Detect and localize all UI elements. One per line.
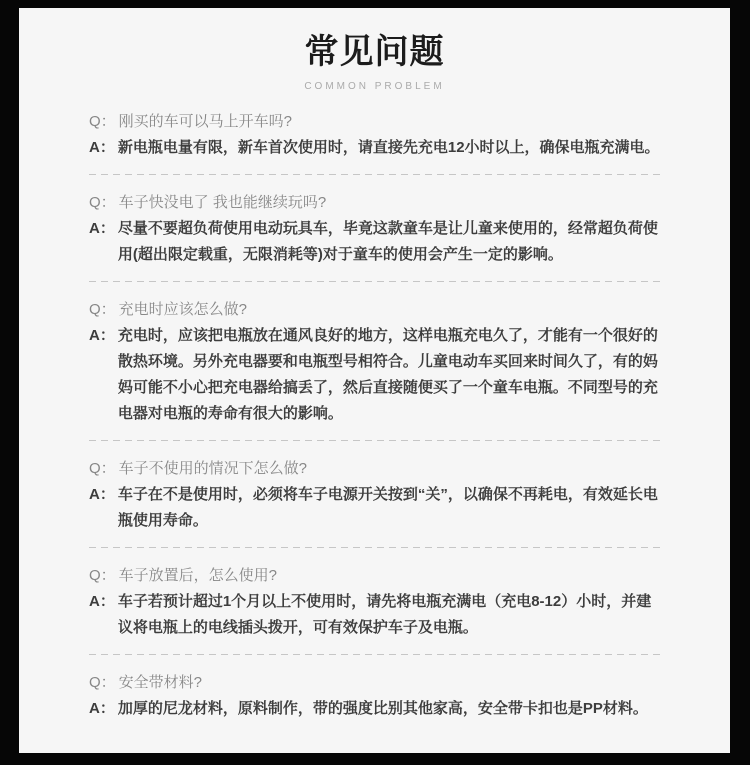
question-text: 刚买的车可以马上开车吗?: [119, 109, 660, 135]
faq-item: Q： 安全带材料? A： 加厚的尼龙材料，原料制作，带的强度比别其他家高，安全带…: [89, 655, 660, 735]
faq-item: Q： 刚买的车可以马上开车吗? A： 新电瓶电量有限，新车首次使用时，请直接先充…: [89, 94, 660, 174]
answer-row: A： 车子在不是使用时，必须将车子电源开关按到“关”，以确保不再耗电，有效延长电…: [89, 482, 660, 534]
faq-page: 常见问题 COMMON PROBLEM Q： 刚买的车可以马上开车吗? A： 新…: [19, 8, 730, 753]
question-prefix: Q：: [89, 456, 116, 482]
faq-item: Q： 车子快没电了 我也能继续玩吗? A： 尽量不要超负荷使用电动玩具车，毕竟这…: [89, 175, 660, 281]
page-title: 常见问题: [19, 32, 730, 72]
answer-text: 车子若预计超过1个月以上不使用时，请先将电瓶充满电（充电8-12）小时，并建议将…: [118, 589, 660, 641]
question-row: Q： 车子不使用的情况下怎么做?: [89, 456, 660, 482]
answer-text: 充电时，应该把电瓶放在通风良好的地方，这样电瓶充电久了，才能有一个很好的散热环境…: [118, 323, 660, 427]
answer-row: A： 新电瓶电量有限，新车首次使用时，请直接先充电12小时以上，确保电瓶充满电。: [89, 135, 660, 161]
answer-text: 加厚的尼龙材料，原料制作，带的强度比别其他家高，安全带卡扣也是PP材料。: [118, 696, 660, 722]
question-row: Q： 安全带材料?: [89, 670, 660, 696]
answer-row: A： 加厚的尼龙材料，原料制作，带的强度比别其他家高，安全带卡扣也是PP材料。: [89, 696, 660, 722]
answer-prefix: A：: [89, 216, 115, 242]
question-text: 充电时应该怎么做?: [119, 297, 660, 323]
question-row: Q： 刚买的车可以马上开车吗?: [89, 109, 660, 135]
answer-prefix: A：: [89, 323, 115, 349]
answer-prefix: A：: [89, 482, 115, 508]
question-row: Q： 车子放置后，怎么使用?: [89, 563, 660, 589]
question-text: 车子放置后，怎么使用?: [119, 563, 660, 589]
answer-prefix: A：: [89, 696, 115, 722]
question-text: 车子快没电了 我也能继续玩吗?: [119, 190, 660, 216]
question-row: Q： 充电时应该怎么做?: [89, 297, 660, 323]
question-prefix: Q：: [89, 670, 116, 696]
question-prefix: Q：: [89, 190, 116, 216]
answer-prefix: A：: [89, 589, 115, 615]
answer-text: 新电瓶电量有限，新车首次使用时，请直接先充电12小时以上，确保电瓶充满电。: [118, 135, 660, 161]
answer-prefix: A：: [89, 135, 115, 161]
question-row: Q： 车子快没电了 我也能继续玩吗?: [89, 190, 660, 216]
answer-row: A： 尽量不要超负荷使用电动玩具车，毕竟这款童车是让儿童来使用的，经常超负荷使用…: [89, 216, 660, 268]
question-prefix: Q：: [89, 297, 116, 323]
faq-item: Q： 充电时应该怎么做? A： 充电时，应该把电瓶放在通风良好的地方，这样电瓶充…: [89, 282, 660, 440]
answer-text: 尽量不要超负荷使用电动玩具车，毕竟这款童车是让儿童来使用的，经常超负荷使用(超出…: [118, 216, 660, 268]
question-prefix: Q：: [89, 563, 116, 589]
answer-text: 车子在不是使用时，必须将车子电源开关按到“关”，以确保不再耗电，有效延长电瓶使用…: [118, 482, 660, 534]
faq-list: Q： 刚买的车可以马上开车吗? A： 新电瓶电量有限，新车首次使用时，请直接先充…: [19, 94, 730, 735]
faq-item: Q： 车子放置后，怎么使用? A： 车子若预计超过1个月以上不使用时，请先将电瓶…: [89, 548, 660, 654]
answer-row: A： 车子若预计超过1个月以上不使用时，请先将电瓶充满电（充电8-12）小时，并…: [89, 589, 660, 641]
page-subtitle: COMMON PROBLEM: [19, 80, 730, 94]
question-prefix: Q：: [89, 109, 116, 135]
faq-item: Q： 车子不使用的情况下怎么做? A： 车子在不是使用时，必须将车子电源开关按到…: [89, 441, 660, 547]
answer-row: A： 充电时，应该把电瓶放在通风良好的地方，这样电瓶充电久了，才能有一个很好的散…: [89, 323, 660, 427]
page-header: 常见问题 COMMON PROBLEM: [19, 8, 730, 94]
question-text: 安全带材料?: [119, 670, 660, 696]
question-text: 车子不使用的情况下怎么做?: [119, 456, 660, 482]
